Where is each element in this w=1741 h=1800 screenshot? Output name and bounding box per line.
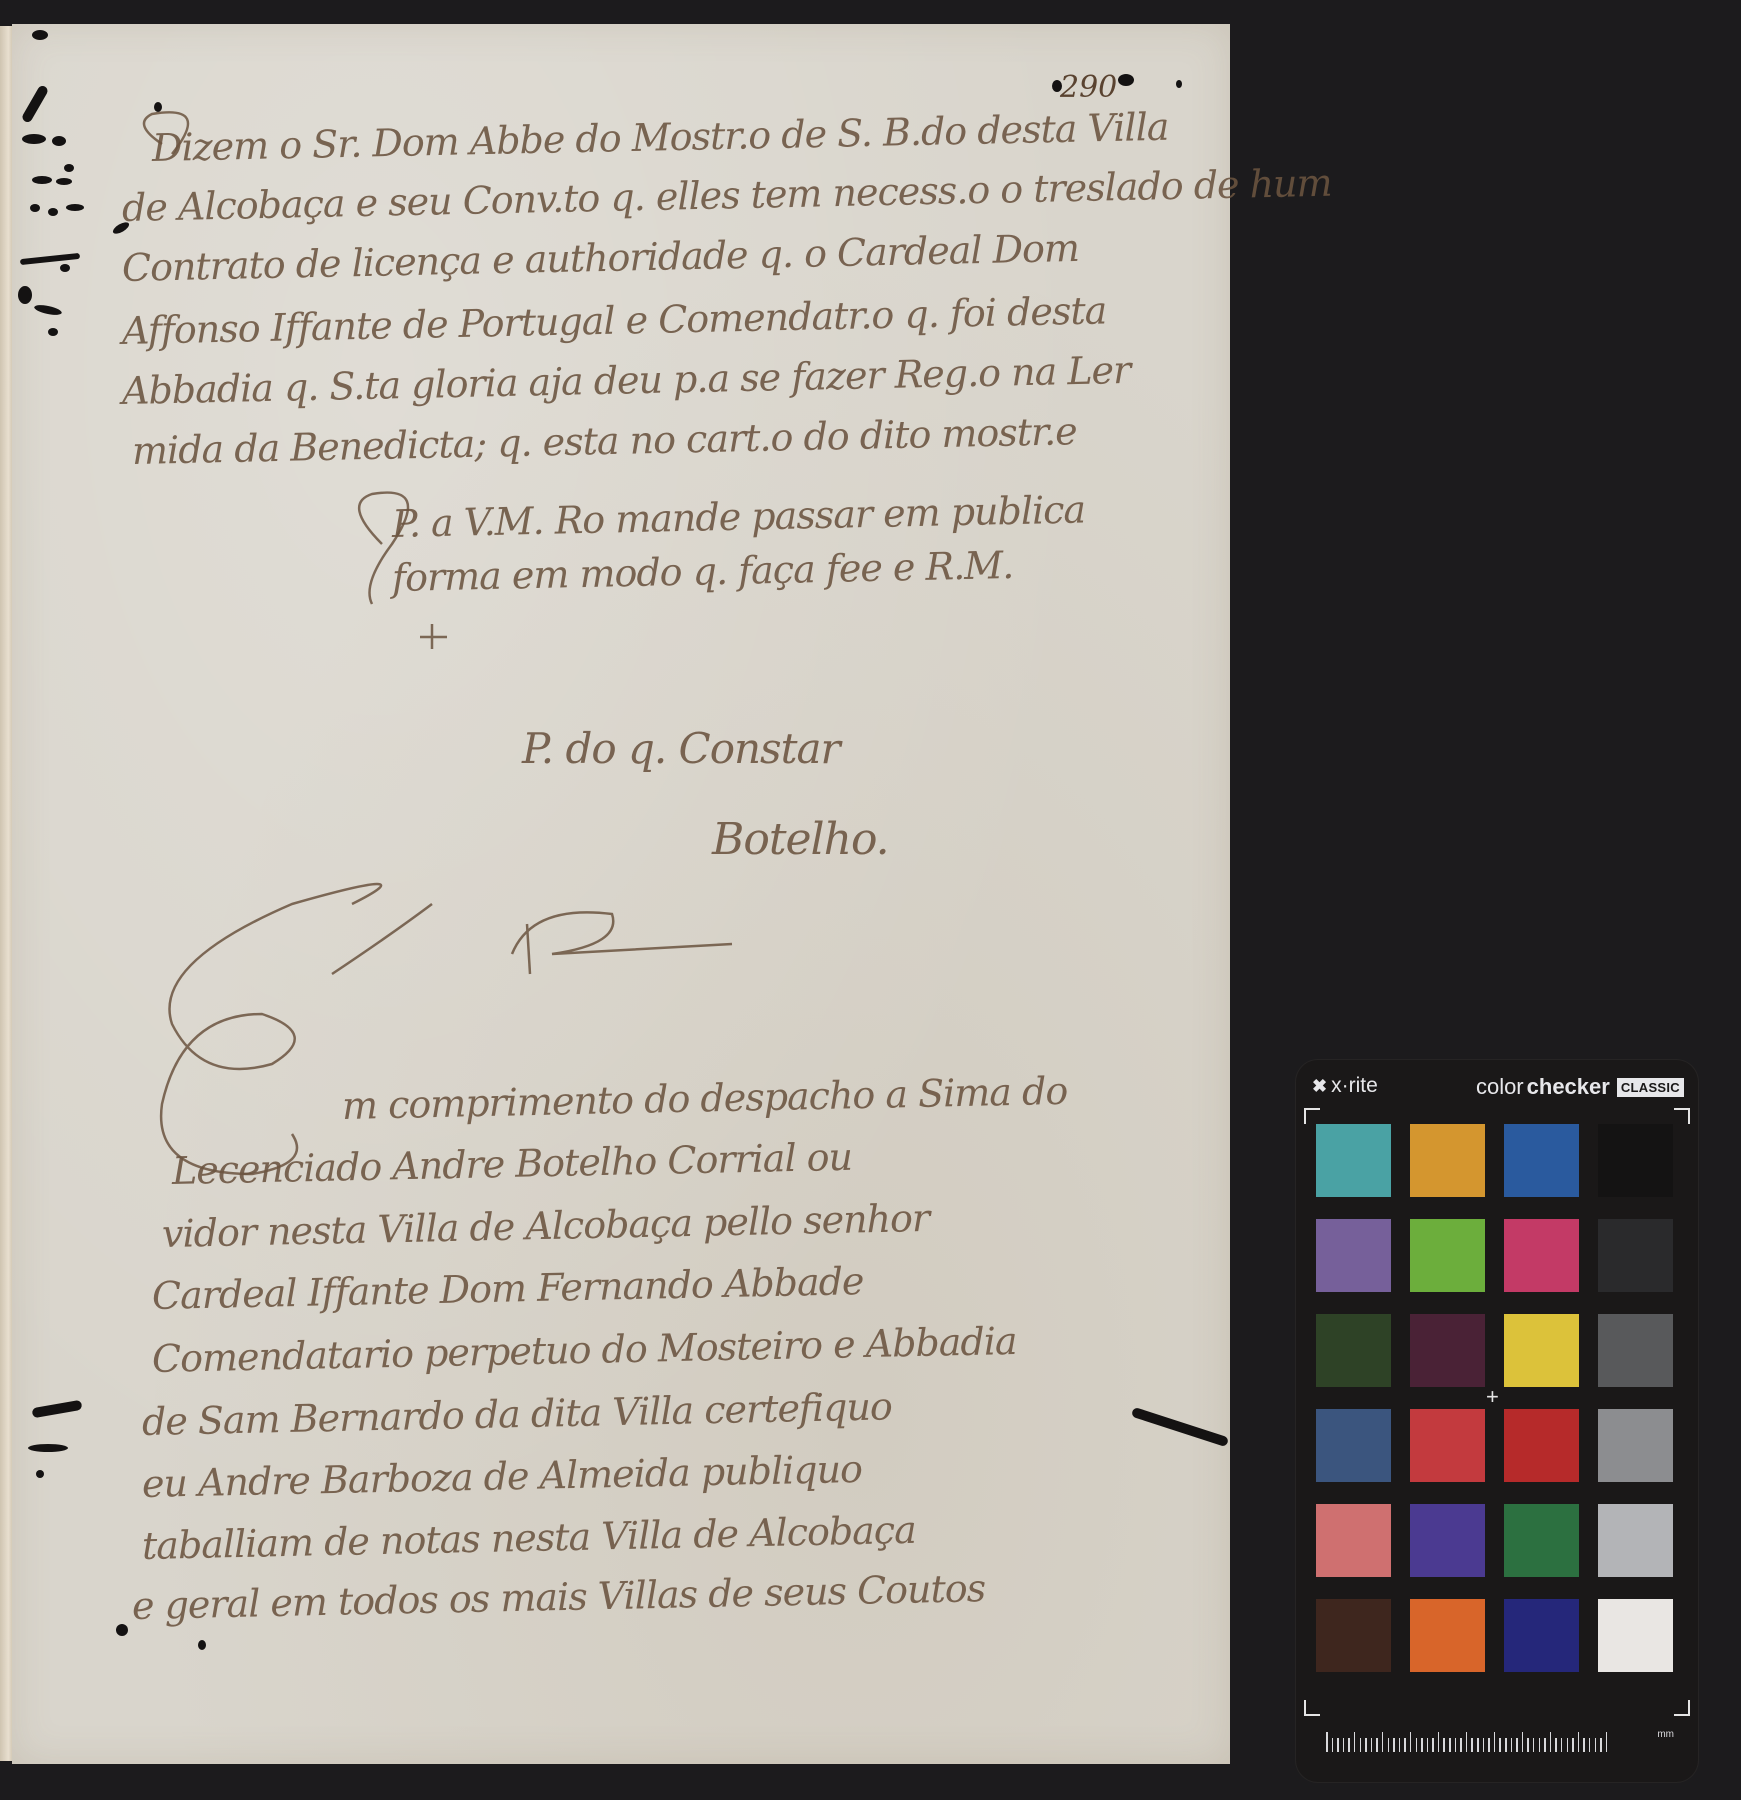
ink-blot: [1052, 80, 1062, 92]
ruler-tick: [1455, 1738, 1457, 1752]
color-patch: [1598, 1124, 1673, 1197]
ink-blot: [22, 134, 46, 144]
center-crosshair-icon: +: [1486, 1386, 1499, 1408]
ruler-tick: [1443, 1738, 1445, 1752]
color-patch: [1410, 1409, 1485, 1482]
manuscript-text: Dizem o Sr. Dom Abbe do Mostr.o de S. B.…: [12, 24, 1230, 1764]
crop-corner-icon: [1304, 1700, 1320, 1716]
color-patch: [1598, 1219, 1673, 1292]
ink-blot: [18, 286, 32, 304]
product-name: colorchecker CLASSIC: [1476, 1074, 1684, 1100]
ruler-tick: [1527, 1738, 1529, 1752]
ruler-tick: [1589, 1738, 1591, 1752]
color-checker-card: ✖ x·rite colorchecker CLASSIC + mm: [1296, 1060, 1698, 1782]
ruler-tick: [1348, 1738, 1350, 1752]
color-patch: [1316, 1504, 1391, 1577]
ink-blot: [36, 1470, 44, 1478]
color-patch: [1504, 1219, 1579, 1292]
ruler-tick: [1494, 1732, 1496, 1752]
signature: Botelho.: [712, 814, 889, 865]
color-patch: [1410, 1219, 1485, 1292]
product-name-bold: checker: [1527, 1074, 1610, 1100]
text-line: Lecenciado Andre Botelho Corrial ou: [172, 1135, 853, 1193]
ink-blot: [1176, 80, 1182, 88]
ink-blot: [56, 178, 72, 185]
petition-line: P. a V.M. Ro mande passar em publica: [392, 487, 1086, 546]
ink-blot: [154, 102, 162, 112]
ruler-tick: [1432, 1738, 1434, 1752]
ruler-tick: [1410, 1732, 1412, 1752]
ink-blot: [48, 328, 58, 336]
text-line: Affonso Iffante de Portugal e Comendatr.…: [122, 288, 1107, 353]
ruler-tick: [1583, 1738, 1585, 1752]
text-line: Contrato de licença e authoridade q. o C…: [122, 226, 1080, 290]
text-line: Dizem o Sr. Dom Abbe do Mostr.o de S. B.…: [152, 105, 1169, 170]
text-line: de Alcobaça e seu Conv.to q. elles tem n…: [122, 161, 1332, 230]
ruler-tick: [1416, 1738, 1418, 1752]
ruler-tick: [1421, 1738, 1423, 1752]
ruler-tick: [1505, 1738, 1507, 1752]
color-patch: [1316, 1599, 1391, 1672]
dispatch-line: P. do q. Constar: [522, 724, 840, 773]
ink-blot: [52, 136, 66, 146]
ruler-tick: [1499, 1738, 1501, 1752]
ink-blot: [66, 204, 84, 211]
xrite-mark-icon: ✖: [1312, 1076, 1327, 1097]
ink-blot: [30, 204, 40, 212]
ruler-tick: [1511, 1738, 1513, 1752]
color-patch: [1316, 1314, 1391, 1387]
ruler-tick: [1606, 1732, 1608, 1752]
ruler-tick: [1572, 1738, 1574, 1752]
text-line: Cardeal Iffante Dom Fernando Abbade: [152, 1259, 864, 1318]
ruler-tick: [1343, 1738, 1345, 1752]
crop-corner-icon: [1674, 1108, 1690, 1124]
ruler-tick: [1449, 1738, 1451, 1752]
ruler-tick: [1326, 1732, 1328, 1752]
ruler-tick: [1388, 1738, 1390, 1752]
manuscript-page: 290 Dizem o Sr. Dom Abbe do Mostr.o de S…: [12, 24, 1230, 1764]
ruler-tick: [1365, 1738, 1367, 1752]
ruler-tick: [1438, 1732, 1440, 1752]
ruler-tick: [1427, 1738, 1429, 1752]
ruler-tick: [1354, 1732, 1356, 1752]
classic-badge: CLASSIC: [1617, 1078, 1684, 1097]
ink-blot: [28, 1444, 68, 1452]
ink-blot: [64, 164, 74, 172]
text-line: eu Andre Barboza de Almeida publiquo: [142, 1447, 863, 1506]
ruler-tick: [1578, 1732, 1580, 1752]
crop-corner-icon: [1304, 1108, 1320, 1124]
color-patch: [1504, 1124, 1579, 1197]
color-patch: [1598, 1409, 1673, 1482]
text-line: vidor nesta Villa de Alcobaça pello senh…: [162, 1196, 930, 1256]
color-patch: [1410, 1504, 1485, 1577]
color-patch: [1504, 1504, 1579, 1577]
ruler-tick: [1360, 1738, 1362, 1752]
ink-blot: [60, 264, 70, 272]
ruler-tick: [1544, 1738, 1546, 1752]
ruler-tick: [1371, 1738, 1373, 1752]
ruler-tick: [1399, 1738, 1401, 1752]
ruler-tick: [1522, 1732, 1524, 1752]
ruler-tick: [1376, 1738, 1378, 1752]
ruler-tick: [1550, 1732, 1552, 1752]
text-line: de Sam Bernardo da dita Villa certefiquo: [142, 1384, 893, 1444]
ruler-tick: [1516, 1738, 1518, 1752]
text-line: m comprimento do despacho a Sima do: [342, 1069, 1068, 1128]
color-patch: [1316, 1409, 1391, 1482]
ink-blot: [32, 176, 52, 184]
color-patch: [1504, 1409, 1579, 1482]
color-patch: [1504, 1599, 1579, 1672]
ruler-tick: [1483, 1738, 1485, 1752]
xrite-logo: ✖ x·rite: [1312, 1074, 1378, 1098]
text-line: Abbadia q. S.ta gloria aja deu p.a se fa…: [122, 348, 1131, 413]
crop-corner-icon: [1674, 1700, 1690, 1716]
color-patch: [1410, 1124, 1485, 1197]
ruler-tick: [1404, 1738, 1406, 1752]
text-line: mida da Benedicta; q. esta no cart.o do …: [132, 409, 1078, 473]
ink-blot: [48, 208, 58, 216]
ruler-tick: [1477, 1738, 1479, 1752]
ruler-tick: [1555, 1738, 1557, 1752]
petition-line: forma em modo q. faça fee e R.M.: [392, 543, 1014, 600]
color-patch: [1598, 1504, 1673, 1577]
product-name-light: color: [1476, 1074, 1524, 1100]
color-patch: [1504, 1314, 1579, 1387]
ruler-tick: [1600, 1738, 1602, 1752]
ink-blot: [32, 30, 48, 40]
ruler-tick: [1382, 1732, 1384, 1752]
color-patch: [1410, 1599, 1485, 1672]
ruler-tick: [1533, 1738, 1535, 1752]
brand-name: x·rite: [1331, 1074, 1378, 1098]
color-patch: [1598, 1314, 1673, 1387]
text-line: e geral em todos os mais Villas de seus …: [132, 1566, 986, 1628]
mm-ruler: [1326, 1730, 1646, 1752]
ruler-tick: [1466, 1732, 1468, 1752]
ruler-tick: [1471, 1738, 1473, 1752]
color-patch: [1316, 1124, 1391, 1197]
color-patch: [1598, 1599, 1673, 1672]
ruler-unit: mm: [1657, 1729, 1674, 1740]
ruler-tick: [1460, 1738, 1462, 1752]
ink-blot: [1118, 74, 1134, 86]
ruler-tick: [1561, 1738, 1563, 1752]
color-patch: [1316, 1219, 1391, 1292]
ruler-tick: [1539, 1738, 1541, 1752]
ruler-tick: [1567, 1738, 1569, 1752]
ruler-tick: [1393, 1738, 1395, 1752]
ink-blot: [198, 1640, 206, 1650]
ruler-tick: [1488, 1738, 1490, 1752]
text-line: Comendatario perpetuo do Mosteiro e Abba…: [152, 1319, 1017, 1381]
ruler-tick: [1337, 1738, 1339, 1752]
color-patch: [1410, 1314, 1485, 1387]
text-line: taballiam de notas nesta Villa de Alcoba…: [142, 1508, 917, 1568]
ruler-tick: [1595, 1738, 1597, 1752]
ruler-tick: [1332, 1738, 1334, 1752]
ink-blot: [116, 1624, 128, 1636]
